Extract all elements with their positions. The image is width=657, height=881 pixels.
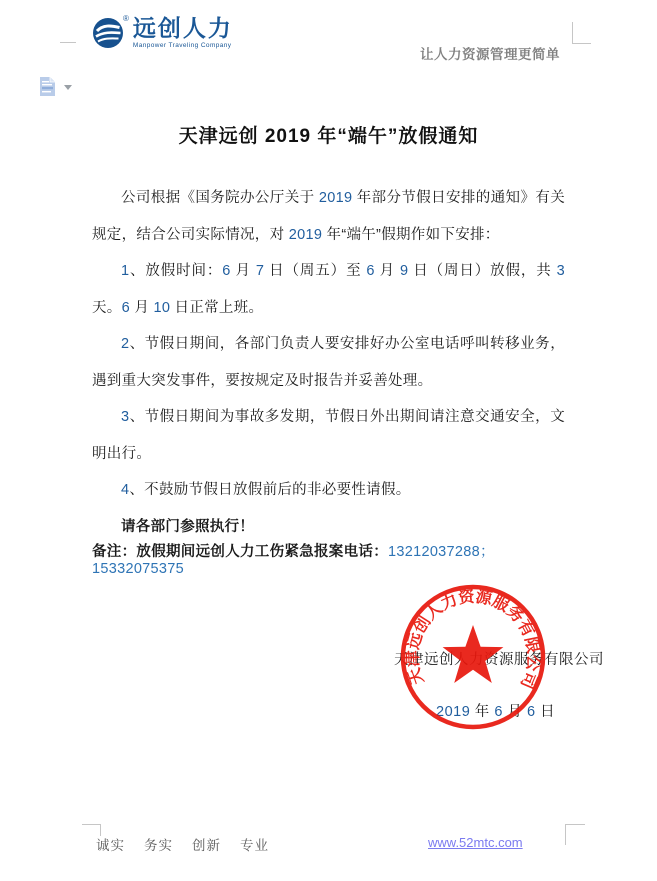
notice-body: 公司根据《国务院办公厅关于 2019 年部分节假日安排的通知》有关规定，结合公司… <box>92 180 565 545</box>
crop-mark-top-right-v <box>572 22 573 43</box>
star-icon <box>443 625 504 683</box>
text-segment: 15332075375 <box>92 561 184 577</box>
text-segment: 10 <box>153 300 170 316</box>
text-segment: 公司根据《国务院办公厅关于 <box>121 190 319 206</box>
registered-mark: ® <box>123 15 129 23</box>
text-segment: 年“端午”假期作如下安排： <box>322 227 499 243</box>
text-segment: 日正常上班。 <box>170 300 263 316</box>
crop-mark-bottom-right-v <box>565 824 566 845</box>
text-segment: 月 <box>231 263 256 279</box>
notice-paragraph: 4、不鼓励节假日放假前后的非必要性请假。 <box>92 472 565 509</box>
footer-value-professional: 专业 <box>240 834 269 854</box>
footer-values: 诚实 务实 创新 专业 <box>96 834 269 854</box>
document-page: { "header": { "logo": { "registered": "®… <box>0 0 657 881</box>
notice-paragraph: 2、节假日期间，各部门负责人要安排好办公室电话呼叫转移业务，遇到重大突发事件，要… <box>92 326 565 399</box>
remark-line: 备注：放假期间远创人力工伤紧急报案电话：13212037288；15332075… <box>92 540 565 577</box>
text-segment: 2019 <box>319 190 352 206</box>
text-segment: 月 <box>375 263 400 279</box>
text-segment: 3 <box>557 263 565 279</box>
notice-title: 天津远创 2019 年“端午”放假通知 <box>92 122 565 152</box>
text-segment: 、放假时间： <box>129 263 222 279</box>
text-segment: 月 <box>130 300 153 316</box>
dropdown-arrow-icon[interactable] <box>64 85 72 90</box>
crop-mark-bottom-right-h <box>565 824 585 825</box>
footer-value-pragmatic: 务实 <box>144 834 173 854</box>
crop-mark-bottom-left-h <box>82 824 100 825</box>
text-segment: 7 <box>256 263 264 279</box>
logo-subtitle: Manpower Traveling Company <box>133 42 233 49</box>
footer-value-honesty: 诚实 <box>96 834 125 854</box>
logo-wave-icon <box>93 18 123 48</box>
footer-value-innovation: 创新 <box>192 834 221 854</box>
paste-options-icon <box>39 76 58 99</box>
text-segment: 备注：放假期间远创人力工伤紧急报案电话： <box>92 544 388 560</box>
website-link[interactable]: www.52mtc.com <box>428 835 523 850</box>
logo-brand-text: 远创人力 <box>133 15 233 41</box>
text-segment: 日（周日）放假，共 <box>408 263 556 279</box>
text-segment: 6 <box>222 263 230 279</box>
text-segment: ； <box>480 544 495 560</box>
text-segment: 、节假日期间为事故多发期，节假日外出期间请注意交通安全，文明出行。 <box>92 409 565 462</box>
document-content: 天津远创 2019 年“端午”放假通知 公司根据《国务院办公厅关于 2019 年… <box>92 122 565 545</box>
notice-paragraph: 公司根据《国务院办公厅关于 2019 年部分节假日安排的通知》有关规定，结合公司… <box>92 180 565 253</box>
text-segment: 、不鼓励节假日放假前后的非必要性请假。 <box>129 482 410 498</box>
company-stamp-seal: 天津远创人力资源服务有限公司 <box>398 582 548 732</box>
text-segment: 日（周五）至 <box>264 263 366 279</box>
text-segment: 、节假日期间，各部门负责人要安排好办公室电话呼叫转移业务，遇到重大突发事件，要按… <box>92 336 565 389</box>
notice-paragraph: 1、放假时间：6 月 7 日（周五）至 6 月 9 日（周日）放假，共 3 天。… <box>92 253 565 326</box>
text-segment: 天。 <box>92 300 122 316</box>
notice-paragraph: 3、节假日期间为事故多发期，节假日外出期间请注意交通安全，文明出行。 <box>92 399 565 472</box>
crop-mark-top-right-h <box>572 43 591 44</box>
text-segment: 2019 <box>289 227 322 243</box>
company-logo: ® 远创人力 Manpower Traveling Company <box>93 15 233 49</box>
text-segment: 6 <box>366 263 374 279</box>
paste-options-button[interactable] <box>39 76 72 99</box>
text-segment: 13212037288 <box>388 544 480 560</box>
text-segment: 6 <box>122 300 130 316</box>
text-segment: 请各部门参照执行！ <box>121 519 254 535</box>
crop-mark-top-left <box>60 42 76 43</box>
header-tagline: 让人力资源管理更简单 <box>420 43 560 63</box>
